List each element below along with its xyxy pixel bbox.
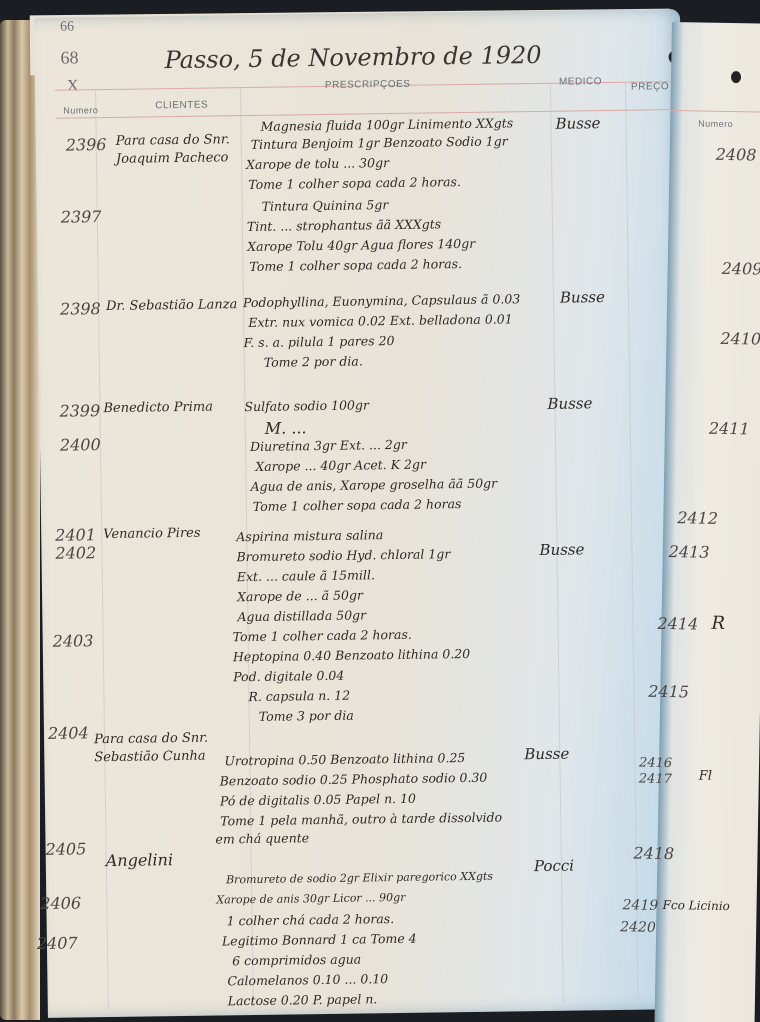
rx-line: Calomelanos 0.10 ... 0.10 [227,971,388,988]
entry-number: 2419 [622,897,658,914]
rx-line: R. capsula n. 12 [248,688,350,704]
column-divider [95,89,109,1009]
entry-number: 2396 [66,135,107,155]
entry-number: 2406 [40,893,81,913]
rx-line: em chá quente [215,830,309,846]
entry-client: Dr. Sebastião Lanza [106,297,237,314]
column-header-preco: PREÇO [631,81,669,93]
rx-line: Legitimo Bonnard 1 ca Tome 4 [222,931,417,949]
rx-line: Xarope ... 40gr Acet. K 2gr [255,457,426,474]
rx-line: Tome 1 colher sopa cada 2 horas. [249,256,462,274]
column-header-medico: MEDICO [559,76,602,88]
entry-client-fragment: R [711,613,725,634]
rx-line: Lactose 0.20 P. papel n. [228,991,378,1008]
entry-number: 2408 [716,145,757,165]
entry-number: 2415 [648,682,689,702]
entry-number: 2411 [709,419,750,439]
entry-number: 2413 [669,542,710,562]
entry-client-fragment: Fco Licinio [662,898,729,913]
rx-line: Sulfato sodio 100gr [244,397,369,414]
rx-line: Pod. digitale 0.04 [233,668,344,685]
rx-line: Tome 1 colher cada 2 horas. [233,627,412,645]
entry-medico: Busse [560,288,605,307]
column-divider [625,82,639,1002]
rx-line: Agua de anis, Xarope groselha ãã 50gr [250,476,497,494]
column-header-numero: Numero [63,105,98,115]
rx-line: Tome 1 colher sopa cada 2 horas. [248,174,461,192]
entry-medico: Busse [555,114,600,133]
rx-line: Bromureto de sodio 2gr Elixir paregorico… [226,870,493,887]
entry-number: 2420 [620,919,656,936]
entry-number: 2397 [61,207,102,227]
entry-number: 2410 [720,329,760,349]
rx-line: Extr. nux vomica 0.02 Ext. belladona 0.0… [248,311,513,330]
ledger-page-left: 66 68 X Passo, 5 de Novembro de 1920 Num… [34,9,694,1018]
rx-line: Xarope de tolu ... 30gr [246,155,389,172]
rx-line: F. s. a. pilula 1 pares 20 [243,333,394,350]
entry-number: 2398 [60,299,101,319]
entry-number: 2409 [722,259,760,279]
rx-line: Tome 1 colher sopa cada 2 horas [253,496,462,514]
entry-number: 2403 [53,631,94,651]
rx-line: Aspirina mistura salina [236,527,383,544]
rx-line: Tome 1 pela manhã, outro à tarde dissolv… [220,810,502,829]
entry-number: 2407 [37,933,78,953]
rx-line: Tintura Benjoim 1gr Benzoato Sodio 1gr [251,133,508,152]
rx-line: Tintura Quinina 5gr [262,197,389,214]
rx-line: Xarope de anis 30gr Licor ... 90gr [216,891,405,907]
margin-mark: X [67,77,79,95]
rx-line: Pó de digitalis 0.05 Papel n. 10 [220,791,416,809]
rx-line: M. ... [265,418,307,438]
rx-line: Podophyllina, Euonymina, Capsulaus ã 0.0… [243,291,520,310]
entry-number: 2404 [48,723,89,743]
column-header-clientes: CLIENTES [155,100,208,112]
entry-number: 2405 [45,839,86,859]
book-edge [0,20,40,1020]
entry-number: 2412 [677,508,718,528]
page-number: 68 [60,47,78,68]
entry-number: 2417 [639,772,672,788]
rx-line: Xarope de ... ã 50gr [237,587,363,604]
entry-medico: Busse [539,540,584,559]
entry-number: 2416 [639,756,672,772]
entry-medico: Busse [524,745,569,764]
rx-line: Tome 2 por dia. [264,353,363,369]
entry-number: 2399 [59,401,100,421]
rx-line: Heptopina 0.40 Benzoato lithina 0.20 [233,646,470,664]
entry-client: Para casa do Snr. Joaquim Pacheco [116,131,236,169]
entry-client: Angelini [106,850,173,870]
rx-line: Xarope Tolu 40gr Agua flores 140gr [247,236,475,254]
column-header-prescripcoes: PRESCRIPÇOES [325,79,411,91]
rx-line: 1 colher chá cada 2 horas. [227,911,395,928]
rx-line: Agua distillada 50gr [237,607,366,624]
entry-number: 2414 [657,614,698,634]
entry-number: 2418 [633,843,674,863]
header-rule [670,110,760,113]
rx-line: Magnesia fluida 100gr Linimento XXgts [260,115,513,134]
ledger-page-right: Numero 2408 2409 2410 2411 2412 2413 241… [655,22,760,1022]
page-number-under: 66 [60,19,74,35]
rx-line: Tome 3 por dia [259,708,354,724]
column-header-numero: Numero [698,118,733,129]
rx-line: Urotropina 0.50 Benzoato lithina 0.25 [224,750,465,768]
binding-hole [731,71,741,83]
entry-client: Venancio Pires [103,526,200,542]
entry-number: 2400 [60,435,101,455]
entry-medico: Busse [547,394,592,413]
entry-medico: Pocci [534,857,574,876]
entry-client-fragment: Fl [699,769,712,784]
entry-client: Benedicto Prima [103,400,213,417]
rx-line: Tint. ... strophantus ãã XXXgts [247,216,441,234]
rx-line: Bromureto sodio Hyd. chloral 1gr [236,546,450,564]
ledger-date-title: Passo, 5 de Novembro de 1920 [164,41,541,74]
rx-line: Benzoato sodio 0.25 Phosphato sodio 0.30 [220,770,488,789]
entry-client: Para casa do Snr. Sebastião Cunha [94,729,224,767]
entry-number: 2401 [55,525,96,545]
entry-number: 2402 [55,543,96,563]
rx-line: Ext. ... caule ã 15mill. [237,567,375,584]
rx-line: 6 comprimidos agua [232,952,361,969]
rx-line: Diuretina 3gr Ext. ... 2gr [250,437,407,454]
